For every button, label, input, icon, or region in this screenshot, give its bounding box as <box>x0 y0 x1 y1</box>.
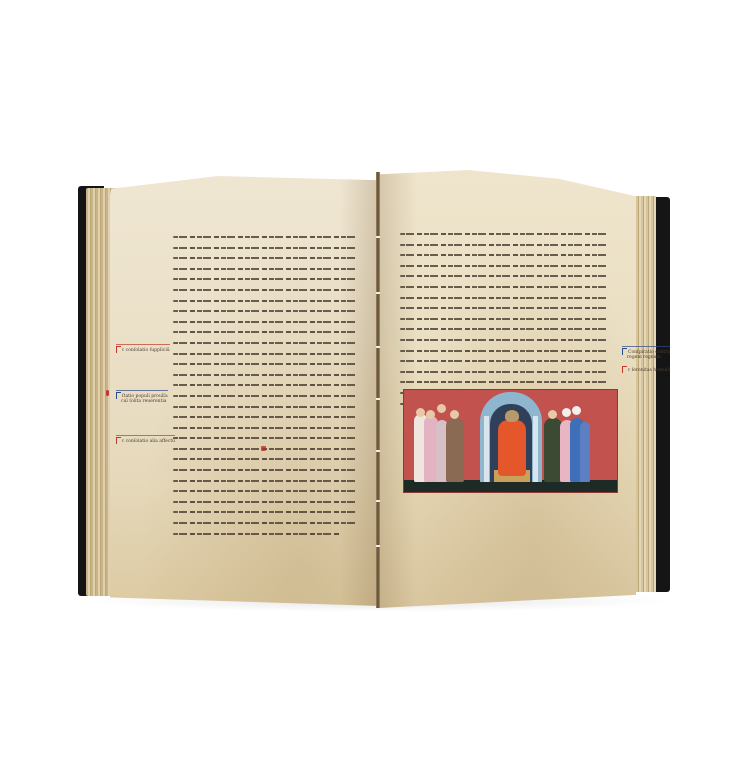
miniature-illustration <box>403 389 618 493</box>
margin-red-initial <box>106 390 109 396</box>
crown <box>505 410 519 422</box>
manuscript-photo: ℓ conſolatio ſuppliciū ſtatio populi pro… <box>0 0 755 780</box>
enthroned-king <box>498 420 526 476</box>
marginal-note: ℓ ſerenitas hominū <box>622 366 670 373</box>
binding-stitch <box>376 236 380 238</box>
red-ink-mark <box>261 446 266 451</box>
binding-stitch <box>376 545 380 547</box>
left-text-block <box>173 236 356 543</box>
right-text-block <box>400 233 607 413</box>
binding-stitch <box>376 346 380 348</box>
marginal-note: ℓ conſolatio alia affectū <box>116 437 175 444</box>
binding-stitch <box>376 500 380 502</box>
binding-stitch <box>376 450 380 452</box>
marginal-note: ſtatio populi prouīſacuī ſolita reuerent… <box>116 392 168 404</box>
marginal-note: Conſpiratio contraregem regnum <box>622 348 670 360</box>
binding-stitch <box>376 398 380 400</box>
binding-stitch <box>376 292 380 294</box>
marginal-note: ℓ conſolatio ſuppliciū <box>116 346 170 353</box>
